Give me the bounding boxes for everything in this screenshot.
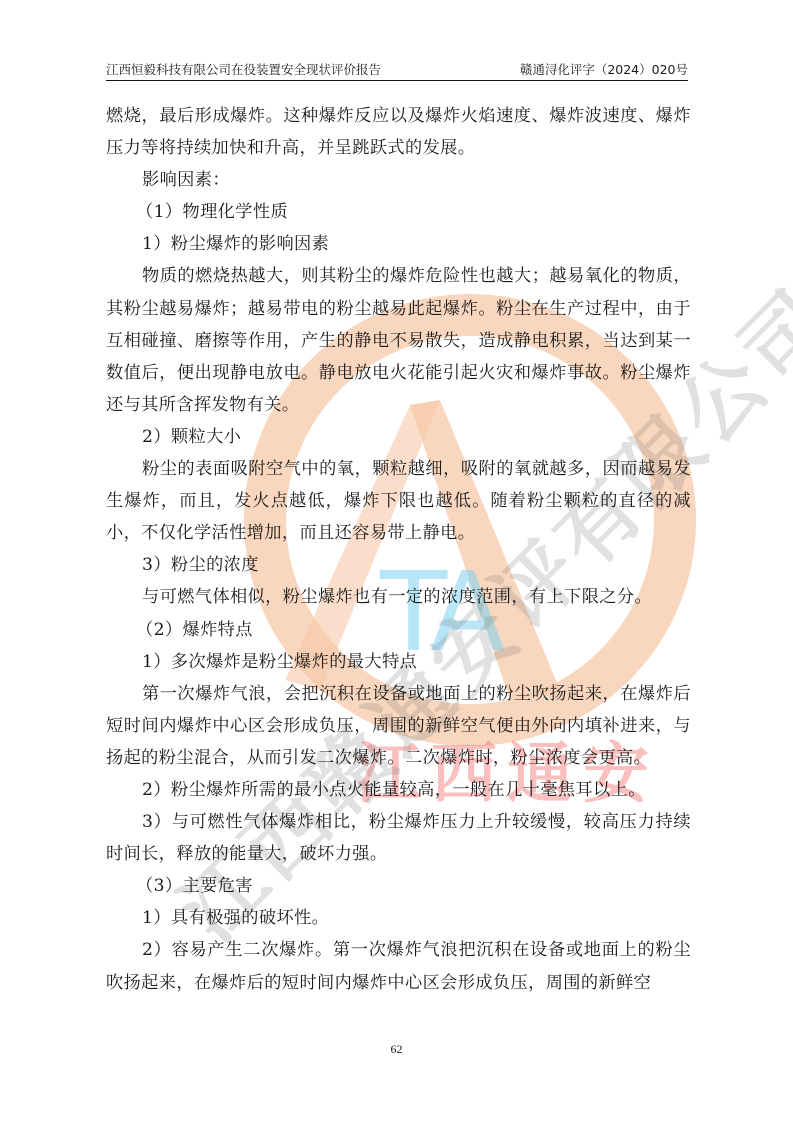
paragraph: 与可燃气体相似，粉尘爆炸也有一定的浓度范围，有上下限之分。 — [106, 581, 691, 613]
paragraph: 粉尘的表面吸附空气中的氧，颗粒越细，吸附的氧就越多，因而越易发生爆炸，而且，发火… — [106, 453, 691, 549]
section-heading: （3）主要危害 — [106, 870, 691, 902]
subsection-heading: 1）多次爆炸是粉尘爆炸的最大特点 — [106, 646, 691, 678]
page-number: 62 — [0, 1042, 793, 1057]
paragraph: 2）粉尘爆炸所需的最小点火能量较高，一般在几十毫焦耳以上。 — [106, 774, 691, 806]
header-report-number: 赣通浔化评字（2024）020号 — [520, 61, 688, 79]
paragraph: 2）容易产生二次爆炸。第一次爆炸气浪把沉积在设备或地面上的粉尘吹扬起来，在爆炸后… — [106, 934, 691, 998]
paragraph: 影响因素： — [106, 164, 691, 196]
paragraph: 1）具有极强的破坏性。 — [106, 902, 691, 934]
header-report-title: 江西恒毅科技有限公司在役装置安全现状评价报告 — [106, 61, 381, 79]
subsection-heading: 2）颗粒大小 — [106, 421, 691, 453]
document-body: 燃烧，最后形成爆炸。这种爆炸反应以及爆炸火焰速度、爆炸波速度、爆炸压力等将持续加… — [106, 100, 691, 999]
paragraph: 燃烧，最后形成爆炸。这种爆炸反应以及爆炸火焰速度、爆炸波速度、爆炸压力等将持续加… — [106, 100, 691, 164]
subsection-heading: 3）粉尘的浓度 — [106, 549, 691, 581]
page-header: 江西恒毅科技有限公司在役装置安全现状评价报告 赣通浔化评字（2024）020号 — [106, 60, 688, 81]
subsection-heading: 1）粉尘爆炸的影响因素 — [106, 228, 691, 260]
paragraph: 3）与可燃性气体爆炸相比，粉尘爆炸压力上升较缓慢，较高压力持续时间长，释放的能量… — [106, 806, 691, 870]
paragraph: 物质的燃烧热越大，则其粉尘的爆炸危险性也越大；越易氧化的物质，其粉尘越易爆炸；越… — [106, 260, 691, 420]
paragraph: 第一次爆炸气浪，会把沉积在设备或地面上的粉尘吹扬起来，在爆炸后短时间内爆炸中心区… — [106, 678, 691, 774]
section-heading: （1）物理化学性质 — [106, 196, 691, 228]
section-heading: （2）爆炸特点 — [106, 614, 691, 646]
